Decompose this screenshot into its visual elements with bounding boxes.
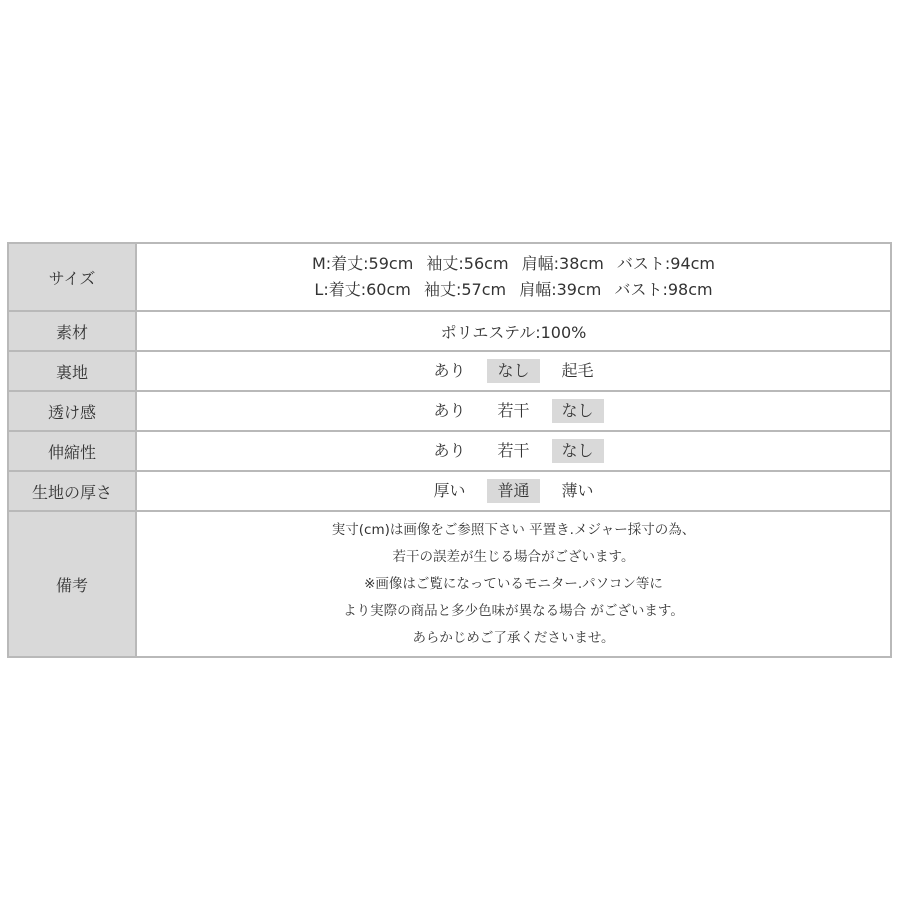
option-lining-brushed: 起毛 xyxy=(552,359,604,383)
option-thin: 薄い xyxy=(552,479,604,503)
option-thick: 厚い xyxy=(423,479,475,503)
l-bust: バスト:98cm xyxy=(614,280,712,299)
label-notes: 備考 xyxy=(8,511,136,657)
label-lining: 裏地 xyxy=(8,351,136,391)
row-material: 素材 ポリエステル:100% xyxy=(8,311,891,351)
row-size: サイズ M:着丈:59cm 袖丈:56cm 肩幅:38cm バスト:94cm L… xyxy=(8,243,891,311)
m-bust: バスト:94cm xyxy=(617,254,715,273)
row-thickness: 生地の厚さ 厚い 普通 薄い xyxy=(8,471,891,511)
m-shoulder: 肩幅:38cm xyxy=(522,254,604,273)
note-line-1: 実寸(cm)は画像をご参照下さい 平置き.メジャー採寸の為、 xyxy=(137,517,890,544)
option-normal-selected: 普通 xyxy=(487,479,539,503)
option-stretch-no-selected: なし xyxy=(552,439,604,463)
value-size: M:着丈:59cm 袖丈:56cm 肩幅:38cm バスト:94cm L:着丈:… xyxy=(136,243,891,311)
note-line-3: ※画像はご覧になっているモニター.パソコン等に xyxy=(137,571,890,598)
lining-options: あり なし 起毛 xyxy=(417,359,609,383)
label-material: 素材 xyxy=(8,311,136,351)
label-size: サイズ xyxy=(8,243,136,311)
size-line-m: M:着丈:59cm 袖丈:56cm 肩幅:38cm バスト:94cm xyxy=(137,251,890,277)
note-line-2: 若干の誤差が生じる場合がございます。 xyxy=(137,544,890,571)
option-sheer-no-selected: なし xyxy=(552,399,604,423)
row-notes: 備考 実寸(cm)は画像をご参照下さい 平置き.メジャー採寸の為、 若干の誤差が… xyxy=(8,511,891,657)
value-notes: 実寸(cm)は画像をご参照下さい 平置き.メジャー採寸の為、 若干の誤差が生じる… xyxy=(136,511,891,657)
note-line-5: あらかじめご了承くださいませ。 xyxy=(137,625,890,652)
row-stretch: 伸縮性 あり 若干 なし xyxy=(8,431,891,471)
option-lining-no-selected: なし xyxy=(487,359,539,383)
row-lining: 裏地 あり なし 起毛 xyxy=(8,351,891,391)
l-sleeve: 袖丈:57cm xyxy=(424,280,506,299)
option-lining-yes: あり xyxy=(423,359,475,383)
label-stretch: 伸縮性 xyxy=(8,431,136,471)
option-stretch-slight: 若干 xyxy=(487,439,539,463)
m-length: M:着丈:59cm xyxy=(312,254,413,273)
value-material: ポリエステル:100% xyxy=(136,311,891,351)
option-sheer-slight: 若干 xyxy=(487,399,539,423)
label-sheerness: 透け感 xyxy=(8,391,136,431)
label-thickness: 生地の厚さ xyxy=(8,471,136,511)
size-line-l: L:着丈:60cm 袖丈:57cm 肩幅:39cm バスト:98cm xyxy=(137,277,890,303)
option-stretch-yes: あり xyxy=(423,439,475,463)
stretch-options: あり 若干 なし xyxy=(417,439,609,463)
sheerness-options: あり 若干 なし xyxy=(417,399,609,423)
note-line-4: より実際の商品と多少色味が異なる場合 がございます。 xyxy=(137,598,890,625)
thickness-options: 厚い 普通 薄い xyxy=(417,479,609,503)
row-sheerness: 透け感 あり 若干 なし xyxy=(8,391,891,431)
l-shoulder: 肩幅:39cm xyxy=(519,280,601,299)
product-spec-table: サイズ M:着丈:59cm 袖丈:56cm 肩幅:38cm バスト:94cm L… xyxy=(7,242,892,658)
m-sleeve: 袖丈:56cm xyxy=(426,254,508,273)
option-sheer-yes: あり xyxy=(423,399,475,423)
l-length: L:着丈:60cm xyxy=(314,280,410,299)
